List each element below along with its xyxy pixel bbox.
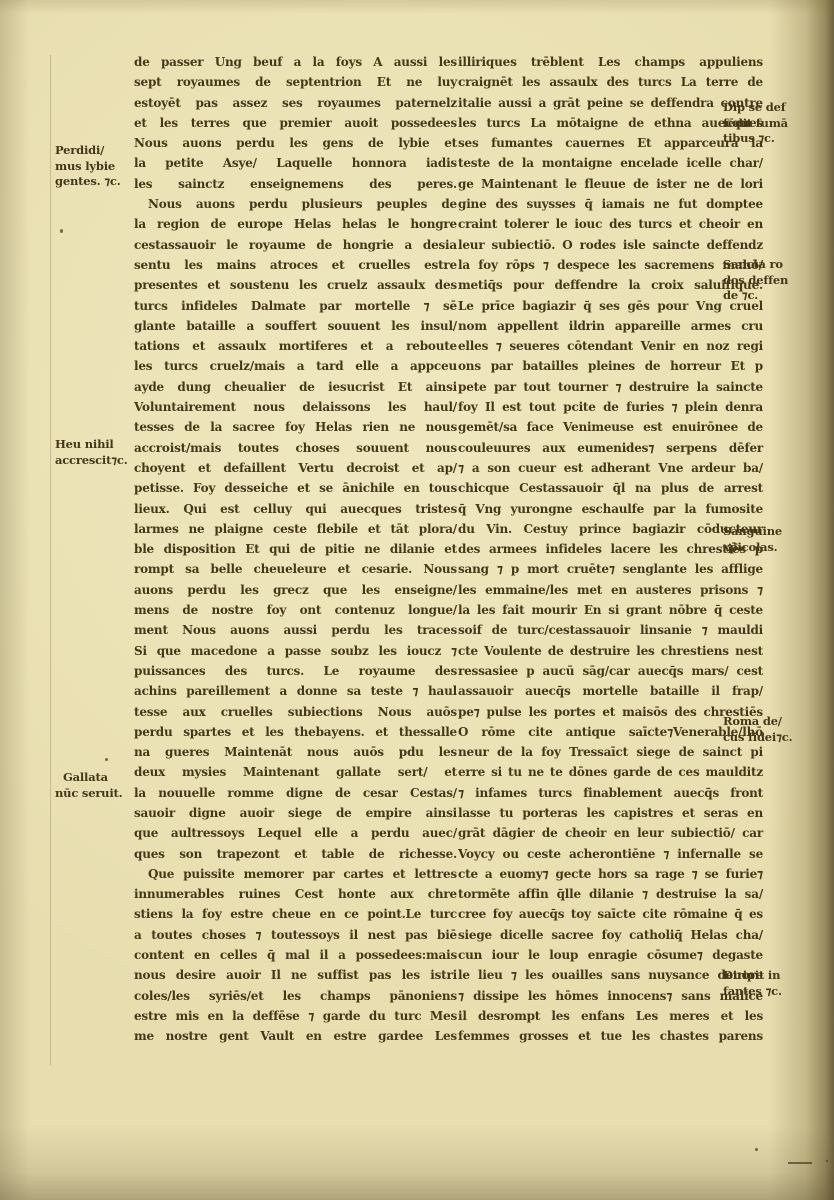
text-line: erre si tu ne te dōnes garde de ces maul… <box>458 762 763 782</box>
margin-note-diripit-infantes: Diripit in fantes ⁊c. <box>723 968 823 999</box>
text-line: de passer Ung beuf a la foys A aussi les <box>134 52 457 72</box>
text-line: sang ⁊ p mort cruēte⁊ senglante les affl… <box>458 559 763 579</box>
text-line: innumerables ruines Cest honte aux chre <box>134 884 457 904</box>
margin-note-line: fēdit fumā <box>723 116 823 132</box>
text-line: sauoir digne auoir siege de empire ainsi <box>134 803 457 823</box>
text-line: tations et assaulx mortiferes et a rebou… <box>134 336 457 356</box>
text-line: sept royaumes de septentrion Et ne luy <box>134 72 457 92</box>
margin-note-line: mus lybie <box>55 159 133 175</box>
text-line: q̄ Vng yurongne eschaulfe par la fumosit… <box>458 499 763 519</box>
text-line: lieux. Qui est celluy qui auecques trist… <box>134 499 457 519</box>
margin-note-line: cus fidei⁊c. <box>723 730 823 746</box>
text-line: cun iour le loup enragie cōsume⁊ degaste <box>458 945 763 965</box>
text-line: grāt dāgier de cheoir en leur subiectiō/… <box>458 823 763 843</box>
margin-note-sancta-rodos: Sancta ro dos deffen de ⁊c. <box>723 257 823 304</box>
margin-note-line: accrescit⁊c. <box>55 453 133 469</box>
margin-note-perdidimus: Perdidi/ mus lybie gentes. ⁊c. <box>55 143 133 190</box>
text-line: ons par batailles pleines de horreur Et … <box>458 356 763 376</box>
text-line: du Vin. Cestuy prince bagiazir cōducteur <box>458 519 763 539</box>
text-line: puissances des turcs. Le royaume des <box>134 661 457 681</box>
margin-note-line: Perdidi/ <box>55 143 133 159</box>
text-line: perdu spartes et les thebayens. et thess… <box>134 722 457 742</box>
text-line: cree foy auecq̄s toy saīcte cite rōmaine… <box>458 904 763 924</box>
text-line: tesse aux cruelles subiections Nous auōs <box>134 702 457 722</box>
book-page: de passer Ung beuf a la foys A aussi les… <box>0 0 834 1200</box>
margin-note-line: Gallata <box>55 770 133 786</box>
text-line: siege dicelle sacree foy catholiq̄ Helas… <box>458 925 763 945</box>
text-line: lasse tu porteras les capistres et seras… <box>458 803 763 823</box>
text-line: a toutes choses ⁊ toutessoys il nest pas… <box>134 925 457 945</box>
text-line: ment Nous auons aussi perdu les traces <box>134 620 457 640</box>
margin-note-gallata: Gallata nūc seruit. <box>55 770 133 801</box>
text-line: la nouuelle romme digne de cesar Cestas/ <box>134 783 457 803</box>
right-text-column: illiriques trēblent Les champs appuliens… <box>458 52 763 1047</box>
text-line: me nostre gent Vault en estre gardee Les <box>134 1026 457 1046</box>
text-line: neur de la foy Tressaīct siege de sainct… <box>458 742 763 762</box>
text-line: ques son trapezont et table de richesse. <box>134 844 457 864</box>
margin-note-line: dos deffen <box>723 273 823 289</box>
text-line: leur subiectiō. O rodes isle saincte def… <box>458 235 763 255</box>
text-line: ge Maintenant le fleuue de ister ne de l… <box>458 174 763 194</box>
margin-note-roma-decus: Roma de/ cus fidei⁊c. <box>723 714 823 745</box>
text-line: les emmaine/les met en austeres prisons … <box>458 580 763 600</box>
text-line: ble disposition Et qui de pitie ne dilan… <box>134 539 457 559</box>
text-line: chicque Cestassauoir q̄l na plus de arre… <box>458 478 763 498</box>
text-line: Le prīce bagiazir q̄ ses gēs pour Vng cr… <box>458 296 763 316</box>
text-line: teste de la montaigne encelade icelle ch… <box>458 153 763 173</box>
text-line: Voluntairement nous delaissons les haul/ <box>134 397 457 417</box>
text-line: na gueres Maintenāt nous auōs pdu les <box>134 742 457 762</box>
text-line: les sainctz enseignemens des peres. <box>134 174 457 194</box>
text-line: Nous auons perdu plusieurs peuples de <box>134 194 457 214</box>
text-line: sentu les mains atroces et cruelles estr… <box>134 255 457 275</box>
text-line: la foy rōps ⁊ despece les sacremens mahō… <box>458 255 763 275</box>
text-line: gemēt/sa face Venimeuse est enuirōnee de <box>458 417 763 437</box>
text-line: couleuures aux eumenides⁊ serpens dēfer <box>458 438 763 458</box>
text-line: Que puissite memorer par cartes et lettr… <box>134 864 457 884</box>
ink-speck <box>826 1160 828 1162</box>
margin-note-line: Diripit in <box>723 968 823 984</box>
text-line: ⁊ a son cueur est adherant Vne ardeur ba… <box>458 458 763 478</box>
margin-note-line: Sancta ro <box>723 257 823 273</box>
margin-note-line: Dip se def <box>723 100 823 116</box>
text-line: rompt sa belle cheueleure et cesarie. No… <box>134 559 457 579</box>
margin-note-line: Heu nihil <box>55 437 133 453</box>
text-line: nom appellent ildrin appareille armes cr… <box>458 316 763 336</box>
left-text-column: de passer Ung beuf a la foys A aussi les… <box>134 52 457 1047</box>
text-line: Voycy ou ceste acherontiēne ⁊ infernalle… <box>458 844 763 864</box>
text-line: ressasiee p aucū sāg/car auecq̄s mars/ c… <box>458 661 763 681</box>
text-line: cte a euomy⁊ gecte hors sa rage ⁊ se fur… <box>458 864 763 884</box>
text-line: gine des suysses q̄ iamais ne fut dompte… <box>458 194 763 214</box>
text-line: la les fait mourir En si grant nōbre q̄ … <box>458 600 763 620</box>
text-line: estre mis en la deffēse ⁊ garde du turc … <box>134 1006 457 1026</box>
margin-note-heu-nihil: Heu nihil accrescit⁊c. <box>55 437 133 468</box>
text-line: soif de turc/cestassauoir linsanie ⁊ mau… <box>458 620 763 640</box>
text-line: la petite Asye/ Laquelle honnora iadis <box>134 153 457 173</box>
text-line: choyent et defaillent Vertu decroist et … <box>134 458 457 478</box>
text-line: tesses de la sacree foy Helas rien ne no… <box>134 417 457 437</box>
text-line: des armees infideles lacere les chrestiē… <box>458 539 763 559</box>
text-line: ⁊ dissipe les hōmes innocens⁊ sans malic… <box>458 986 763 1006</box>
text-line: metiq̄s pour deffendre la croix saluifiq… <box>458 275 763 295</box>
text-line: tormēte affin q̄lle dilanie ⁊ destruise … <box>458 884 763 904</box>
text-line: petisse. Foy desseiche et se ānichile en… <box>134 478 457 498</box>
text-line: le lieu ⁊ les ouailles sans nuysance deu… <box>458 965 763 985</box>
text-line: O rōme cite antique saīcte⁊Venerable/lhō <box>458 722 763 742</box>
margin-note-line: de ⁊c. <box>723 288 823 304</box>
margin-note-line: xp̄icolas. <box>723 540 823 556</box>
text-line: illiriques trēblent Les champs appuliens <box>458 52 763 72</box>
text-line: ayde dung cheualier de iesucrist Et ains… <box>134 377 457 397</box>
margin-note-line: fantes ⁊c. <box>723 984 823 1000</box>
text-line: la region de europe Helas helas le hongr… <box>134 214 457 234</box>
margin-note-line: gentes. ⁊c. <box>55 174 133 190</box>
text-line: mens de nostre foy ont contenuz longue/ <box>134 600 457 620</box>
margin-note-line: nūc seruit. <box>55 786 133 802</box>
text-line: assauoir auecq̄s mortelle bataille il fr… <box>458 681 763 701</box>
text-line: et les terres que premier auoit possedee… <box>134 113 457 133</box>
margin-note-line: Roma de/ <box>723 714 823 730</box>
text-line: estoyēt pas assez ses royaumes paternelz <box>134 93 457 113</box>
text-line: larmes ne plaigne ceste flebile et tāt p… <box>134 519 457 539</box>
text-line: content en celles q̄ mal il a possedees:… <box>134 945 457 965</box>
text-line: stiens la foy estre cheue en ce point.Le… <box>134 904 457 924</box>
text-line: Nous auons perdu les gens de lybie et <box>134 133 457 153</box>
text-line: deux mysies Maintenant gallate sert/ et <box>134 762 457 782</box>
text-line: turcs infideles Dalmate par mortelle ⁊ s… <box>134 296 457 316</box>
text-line: pe⁊ pulse les portes et maisōs des chres… <box>458 702 763 722</box>
text-line: craignēt les assaulx des turcs La terre … <box>458 72 763 92</box>
text-line: ses fumantes cauernes Et apparceura la <box>458 133 763 153</box>
text-line: presentes et soustenu les cruelz assaulx… <box>134 275 457 295</box>
ink-dash <box>788 1162 812 1164</box>
text-line: pete par tout tourner ⁊ destruire la sai… <box>458 377 763 397</box>
text-line: italie aussi a grāt peine se deffendra c… <box>458 93 763 113</box>
text-line: les turcs cruelz/mais a tard elle a appc… <box>134 356 457 376</box>
text-line: achins pareillement a donne sa teste ⁊ h… <box>134 681 457 701</box>
text-line: Si que macedone a passe soubz les ioucz … <box>134 641 457 661</box>
text-line: foy Il est tout pcite de furies ⁊ plein … <box>458 397 763 417</box>
text-line: les turcs La mōtaigne de ethna auecques <box>458 113 763 133</box>
text-line: nous desire auoir Il ne suffist pas les … <box>134 965 457 985</box>
text-line: glante bataille a souffert souuent les i… <box>134 316 457 336</box>
ruled-line <box>50 55 51 1065</box>
text-line: accroist/mais toutes choses souuent nous <box>134 438 457 458</box>
margin-note-line: Sanguine <box>723 524 823 540</box>
text-line: cte Voulente de destruire les chrestiens… <box>458 641 763 661</box>
text-line: que aultressoys Lequel elle a perdu auec… <box>134 823 457 843</box>
ink-speck <box>60 229 63 233</box>
margin-note-line: tibus ⁊c. <box>723 131 823 147</box>
text-line: coles/les syriēs/et les champs pānoniens <box>134 986 457 1006</box>
text-line: ⁊ infames turcs finablement auecq̄s fron… <box>458 783 763 803</box>
text-line: femmes grosses et tue les chastes parens <box>458 1026 763 1046</box>
text-line: elles ⁊ seueres cōtendant Venir en noz r… <box>458 336 763 356</box>
margin-note-sanguine: Sanguine xp̄icolas. <box>723 524 823 555</box>
ink-speck <box>755 1148 758 1151</box>
text-line: cestassauoir le royaume de hongrie a des… <box>134 235 457 255</box>
text-line: auons perdu les grecz que les enseigne/ <box>134 580 457 600</box>
text-line: il desrompt les enfans Les meres et les <box>458 1006 763 1026</box>
ink-speck <box>105 758 108 761</box>
margin-note-dip-se-defendit: Dip se def fēdit fumā tibus ⁊c. <box>723 100 823 147</box>
text-line: craint tolerer le iouc des turcs et cheo… <box>458 214 763 234</box>
